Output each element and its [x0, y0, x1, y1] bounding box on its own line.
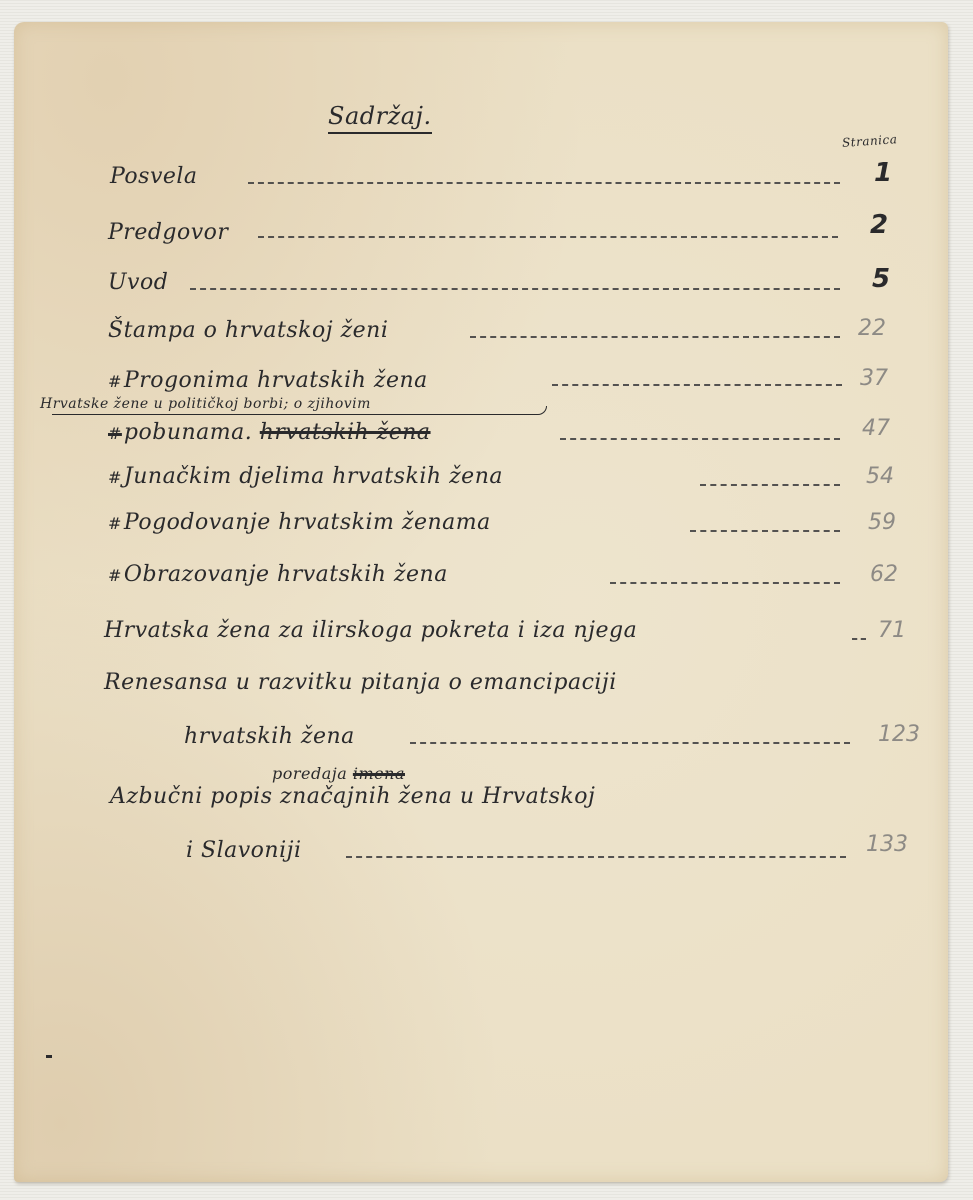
dotted-leader	[552, 384, 842, 386]
entry-text: Pogodovanje hrvatskim ženama	[124, 510, 491, 535]
dotted-leader	[852, 638, 866, 640]
page-number: 62	[870, 562, 898, 587]
page-number: 71	[878, 618, 906, 643]
hash-mark: #	[108, 566, 122, 585]
page-number: 37	[860, 366, 888, 391]
toc-entry-ilirskoga: Hrvatska žena za ilirskoga pokreta i iza…	[104, 618, 637, 643]
struck-word: imena	[353, 764, 405, 783]
entry-text: pobunama.	[124, 420, 252, 445]
page-number: 5	[872, 264, 890, 294]
dotted-leader	[248, 182, 840, 184]
toc-entry-junackim: #Junačkim djelima hrvatskih žena	[108, 464, 503, 489]
struck-text: hrvatskih žena	[260, 420, 431, 445]
toc-entry-progonima: #Progonima hrvatskih žena	[108, 368, 428, 393]
page-number: 1	[874, 158, 892, 188]
dotted-leader	[470, 336, 840, 338]
inserted-word: poredaja	[272, 764, 347, 783]
insert-underline	[52, 406, 547, 415]
entry-text: Obrazovanje hrvatskih žena	[124, 562, 448, 587]
toc-entry-obrazovanje: #Obrazovanje hrvatskih žena	[108, 562, 448, 587]
toc-entry-slavoniji: i Slavoniji	[186, 838, 302, 863]
toc-entry-predgovor: Predgovor	[108, 220, 228, 245]
manuscript-page	[14, 22, 948, 1182]
page-number: 2	[870, 210, 888, 240]
toc-entry-azbucni: Azbučni popis značajnih žena u Hrvatskoj	[110, 784, 595, 809]
toc-entry-uvod: Uvod	[108, 270, 168, 295]
toc-entry-pobunama: #pobunama. hrvatskih žena	[108, 420, 431, 445]
page-number: 54	[866, 464, 894, 489]
dotted-leader	[258, 236, 838, 238]
dotted-leader	[346, 856, 846, 858]
hash-mark: #	[108, 424, 122, 443]
dotted-leader	[610, 582, 840, 584]
hash-mark: #	[108, 514, 122, 533]
dotted-leader	[190, 288, 840, 290]
ink-speck	[46, 1055, 52, 1058]
dotted-leader	[700, 484, 840, 486]
page-number: 133	[866, 832, 908, 857]
hash-mark: #	[108, 372, 122, 391]
entry-text: Azbučni popis	[110, 784, 273, 809]
toc-entry-posvela: Posvela	[110, 164, 198, 189]
dotted-leader	[410, 742, 850, 744]
toc-entry-pogodovanje: #Pogodovanje hrvatskim ženama	[108, 510, 491, 535]
page-number: 59	[868, 510, 896, 535]
dotted-leader	[560, 438, 840, 440]
page-number: 123	[878, 722, 920, 747]
hash-mark: #	[108, 468, 122, 487]
page-number: 22	[858, 316, 886, 341]
page-title: Sadržaj.	[328, 102, 432, 134]
toc-entry-continuation: hrvatskih žena	[184, 724, 355, 749]
entry-continuation: značajnih žena u Hrvatskoj	[280, 784, 595, 809]
toc-entry-stampa: Štampa o hrvatskoj ženi	[108, 318, 388, 343]
insertion-above: poredaja imena	[272, 764, 405, 783]
page-number: 47	[862, 416, 890, 441]
toc-entry-renesansa: Renesansa u razvitku pitanja o emancipac…	[104, 670, 617, 695]
entry-text: Junačkim djelima hrvatskih žena	[124, 464, 503, 489]
entry-text: Progonima hrvatskih žena	[124, 368, 428, 393]
dotted-leader	[690, 530, 840, 532]
